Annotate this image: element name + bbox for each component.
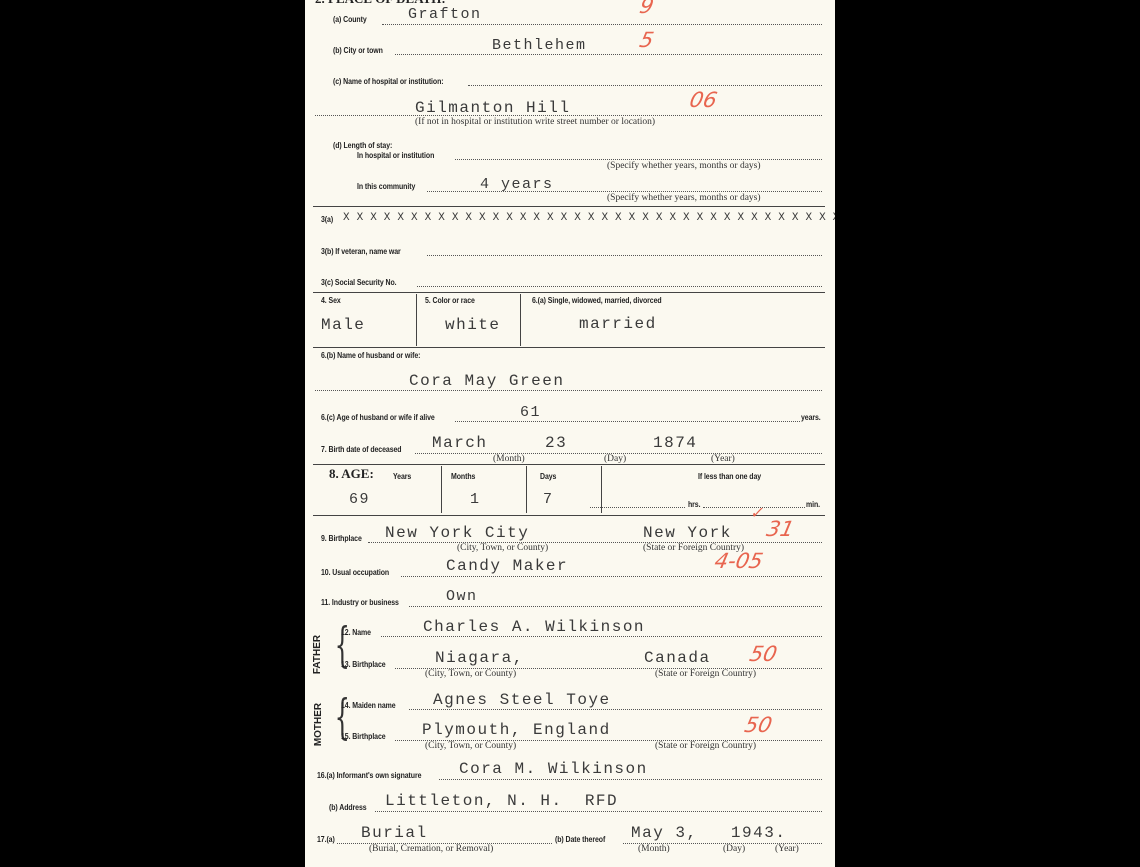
min-label: min.: [806, 499, 820, 509]
stay-hospital-hint: (Specify whether years, months or days): [607, 161, 761, 171]
marital-label: 6.(a) Single, widowed, married, divorced: [532, 295, 662, 305]
veteran-line: [427, 255, 822, 256]
divider: [313, 464, 825, 465]
birthplace-label: 9. Birthplace: [321, 533, 362, 543]
mother-name-value: Agnes Steel Toye: [433, 691, 611, 709]
father-birthplace-country: Canada: [644, 649, 711, 667]
age-label: 8. AGE:: [329, 466, 374, 482]
father-city-hint: (City, Town, or County): [425, 669, 516, 679]
county-label: (a) County: [333, 14, 367, 24]
informant-signature-value: Cora M. Wilkinson: [459, 760, 648, 778]
informant-address-line: [375, 811, 822, 812]
hrs-label: hrs.: [688, 499, 700, 509]
stay-community-label: In this community: [357, 181, 415, 191]
stay-hospital-label: In hospital or institution: [357, 150, 434, 160]
city-label: (b) City or town: [333, 45, 383, 55]
less-than-day-label: If less than one day: [698, 471, 761, 481]
mother-birthplace-label: 15. Birthplace: [341, 731, 386, 741]
race-label: 5. Color or race: [425, 295, 475, 305]
birthplace-code: 31: [764, 517, 796, 541]
disposition-label: 17.(a): [317, 834, 335, 844]
county-code: 9: [637, 0, 655, 18]
father-name-label: 12. Name: [341, 627, 371, 637]
occupation-label: 10. Usual occupation: [321, 567, 389, 577]
informant-address-value: Littleton, N. H. RFD: [385, 792, 618, 810]
father-birthplace-city: Niagara,: [435, 649, 524, 667]
father-country-hint: (State or Foreign Country): [655, 669, 756, 679]
mother-name-line: [409, 709, 822, 710]
birth-month: March: [432, 434, 488, 452]
divider: [313, 347, 825, 348]
birthplace-city: New York City: [385, 524, 529, 542]
informant-signature-label: 16.(a) Informant's own signature: [317, 770, 421, 780]
birth-day: 23: [545, 434, 567, 452]
city-code: 5: [637, 28, 655, 52]
location-value: Gilmanton Hill: [415, 99, 570, 117]
birthplace-state: New York: [643, 524, 732, 542]
occupation-line: [401, 576, 822, 577]
item-3a-label: 3(a): [321, 214, 333, 224]
age-days-label: Days: [540, 471, 556, 481]
father-name-line: [381, 636, 822, 637]
sex-value: Male: [321, 316, 365, 334]
item-3a-value: X X X X X X X X X X X X X X X X X X X X …: [343, 212, 835, 224]
age-years: 69: [349, 491, 370, 508]
birth-year-hint: (Year): [711, 454, 735, 464]
birth-year: 1874: [653, 434, 697, 452]
marital-value: married: [579, 315, 657, 333]
city-value: Bethlehem: [492, 37, 587, 54]
spouse-name-line: [315, 390, 822, 391]
father-birthplace-code: 50: [747, 642, 779, 666]
hrs-line: [590, 507, 685, 508]
birthdate-label: 7. Birth date of deceased: [321, 444, 401, 454]
birthplace-line: [368, 542, 822, 543]
death-certificate-page: 2. PLACE OF DEATH: (a) County Grafton 9 …: [305, 0, 835, 867]
disposition-date-value: May 3, 1943.: [631, 824, 786, 842]
county-value: Grafton: [408, 6, 482, 23]
stay-community-value: 4 years: [480, 176, 554, 193]
county-line: [382, 24, 822, 25]
divider: [313, 206, 825, 207]
stay-label: (d) Length of stay:: [333, 140, 392, 150]
birth-day-hint: (Day): [604, 454, 626, 464]
sex-label: 4. Sex: [321, 295, 341, 305]
location-hint: (If not in hospital or institution write…: [415, 117, 655, 127]
stay-community-hint: (Specify whether years, months or days): [607, 193, 761, 203]
divider: [441, 466, 442, 513]
occupation-code: 4-05: [712, 549, 765, 573]
disposition-year-hint: (Year): [775, 844, 799, 854]
disposition-month-hint: (Month): [638, 844, 670, 854]
divider: [313, 292, 825, 293]
birthplace-check: ✓: [749, 503, 766, 522]
industry-line: [409, 606, 822, 607]
disposition-day-hint: (Day): [723, 844, 745, 854]
divider: [313, 515, 825, 516]
industry-label: 11. Industry or business: [321, 597, 399, 607]
birth-month-hint: (Month): [493, 454, 525, 464]
mother-city-hint: (City, Town, or County): [425, 741, 516, 751]
city-line: [395, 54, 822, 55]
disposition-hint: (Burial, Cremation, or Removal): [369, 844, 493, 854]
father-birthplace-label: 13. Birthplace: [341, 659, 386, 669]
mother-birthplace-code: 50: [742, 713, 774, 737]
age-years-label: Years: [393, 471, 411, 481]
hospital-label: (c) Name of hospital or institution:: [333, 76, 444, 86]
mother-side-label: MOTHER: [313, 703, 324, 746]
spouse-age-label: 6.(c) Age of husband or wife if alive: [321, 412, 435, 422]
veteran-label: 3(b) If veteran, name war: [321, 246, 401, 256]
mother-country-hint: (State or Foreign Country): [655, 741, 756, 751]
father-name-value: Charles A. Wilkinson: [423, 618, 645, 636]
hospital-line: [468, 85, 822, 86]
disposition-value: Burial: [361, 824, 428, 842]
disposition-date-label: (b) Date thereof: [555, 834, 605, 844]
occupation-value: Candy Maker: [446, 557, 568, 575]
divider: [416, 294, 417, 346]
spouse-name-value: Cora May Green: [409, 372, 564, 390]
divider: [601, 466, 602, 513]
divider: [526, 466, 527, 513]
industry-value: Own: [446, 588, 478, 605]
informant-signature-line: [439, 779, 822, 780]
location-code: 06: [687, 88, 719, 112]
father-side-label: FATHER: [312, 635, 323, 674]
ssn-label: 3(c) Social Security No.: [321, 277, 397, 287]
age-months-label: Months: [451, 471, 475, 481]
spouse-age-line: [455, 421, 800, 422]
spouse-name-label: 6.(b) Name of husband or wife:: [321, 350, 420, 360]
spouse-age-unit: years.: [801, 412, 821, 422]
spouse-age-value: 61: [520, 404, 541, 421]
ssn-line: [417, 286, 822, 287]
birthplace-city-hint: (City, Town, or County): [457, 543, 548, 553]
divider: [520, 294, 521, 346]
age-days: 7: [543, 491, 554, 508]
age-months: 1: [470, 491, 481, 508]
race-value: white: [445, 316, 501, 334]
informant-address-label: (b) Address: [329, 802, 367, 812]
mother-name-label: 14. Maiden name: [341, 700, 396, 710]
mother-birthplace-city: Plymouth, England: [422, 721, 611, 739]
stay-hospital-line: [455, 159, 822, 160]
